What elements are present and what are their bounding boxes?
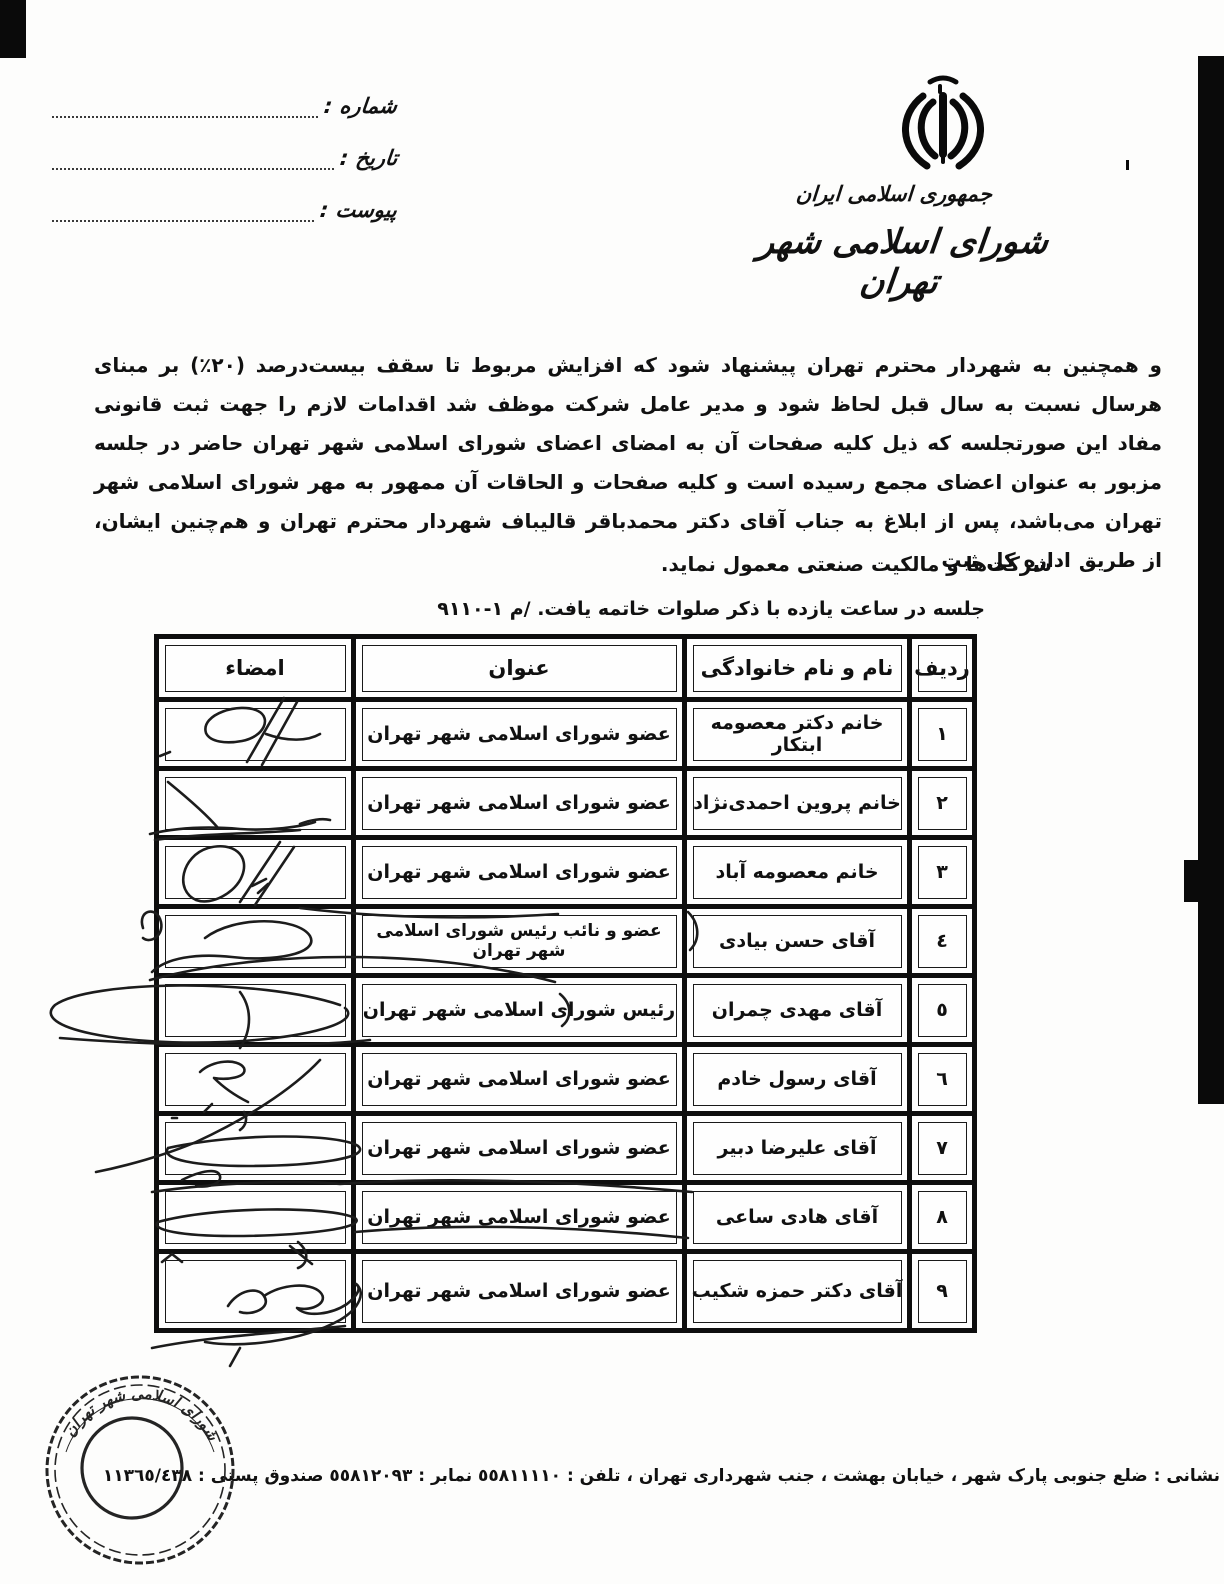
signature-cell — [157, 1183, 354, 1252]
scanned-document-page: جمهوری اسلامی ایران شورای اسلامی شهر تهر… — [0, 0, 1224, 1584]
member-name: آقای هادی ساعی — [685, 1183, 910, 1252]
member-title: عضو شورای اسلامی شهر تهران — [354, 769, 685, 838]
header-row-number: ردیف — [910, 637, 975, 700]
header-title: عنوان — [354, 637, 685, 700]
row-number: ٧ — [910, 1114, 975, 1183]
member-name: خانم معصومه آباد — [685, 838, 910, 907]
meta-row-date: تاریخ : — [52, 144, 397, 170]
body-paragraph: و همچنین به شهردار محترم تهران پیشنهاد ش… — [94, 346, 1162, 580]
row-number: ٥ — [910, 976, 975, 1045]
signature-cell — [157, 976, 354, 1045]
body-paragraph-last-line: شرکت‌ها و مالکیت صنعتی معمول نماید. — [94, 552, 1052, 576]
signature-cell — [157, 769, 354, 838]
member-name: خانم دکتر معصومه ابتکار — [685, 700, 910, 769]
member-title: عضو شورای اسلامی شهر تهران — [354, 1183, 685, 1252]
table-row: ٥ آقای مهدی چمران رئیس شورای اسلامی شهر … — [157, 976, 975, 1045]
closing-line: جلسه در ساعت یازده با ذکر صلوات خاتمه یا… — [437, 598, 985, 620]
member-name: آقای دکتر حمزه شکیب — [685, 1252, 910, 1331]
number-label: شماره : — [317, 94, 399, 118]
member-name: آقای علیرضا دبیر — [685, 1114, 910, 1183]
table-header-row: ردیف نام و نام خانوادگی عنوان امضاء — [157, 637, 975, 700]
row-number: ٢ — [910, 769, 975, 838]
signature-cell — [157, 838, 354, 907]
member-name: خانم پروین احمدی‌نژاد — [685, 769, 910, 838]
table-row: ٩ آقای دکتر حمزه شکیب عضو شورای اسلامی ش… — [157, 1252, 975, 1331]
row-number: ٦ — [910, 1045, 975, 1114]
member-title: عضو و نائب رئیس شورای اسلامی شهر تهران — [354, 907, 685, 976]
footer-address: نشانی : ضلع جنوبی پارک شهر ، خیابان بهشت… — [2, 1466, 1220, 1486]
member-title: عضو شورای اسلامی شهر تهران — [354, 700, 685, 769]
scan-artifact-speck — [1126, 160, 1129, 170]
header-name: نام و نام خانوادگی — [685, 637, 910, 700]
signature-cell — [157, 700, 354, 769]
table-row: ٦ آقای رسول خادم عضو شورای اسلامی شهر ته… — [157, 1045, 975, 1114]
row-number: ٤ — [910, 907, 975, 976]
header-signature: امضاء — [157, 637, 354, 700]
signature-cell — [157, 907, 354, 976]
stamp-text: شورای اسلامی شهر تهران — [61, 1384, 223, 1444]
signature-cell — [157, 1252, 354, 1331]
scan-artifact-right-bar — [1198, 56, 1224, 1104]
date-dotted-line — [52, 144, 334, 170]
signature-cell — [157, 1045, 354, 1114]
row-number: ٩ — [910, 1252, 975, 1331]
date-label: تاریخ : — [332, 146, 398, 170]
member-name: آقای رسول خادم — [685, 1045, 910, 1114]
row-number: ٣ — [910, 838, 975, 907]
table-row: ٢ خانم پروین احمدی‌نژاد عضو شورای اسلامی… — [157, 769, 975, 838]
table-row: ٨ آقای هادی ساعی عضو شورای اسلامی شهر ته… — [157, 1183, 975, 1252]
members-table: ردیف نام و نام خانوادگی عنوان امضاء ١ خا… — [154, 634, 977, 1333]
table-row: ٣ خانم معصومه آباد عضو شورای اسلامی شهر … — [157, 838, 975, 907]
table-row: ١ خانم دکتر معصومه ابتکار عضو شورای اسلا… — [157, 700, 975, 769]
org-name-line1: جمهوری اسلامی ایران — [763, 182, 1025, 206]
member-name: آقای مهدی چمران — [685, 976, 910, 1045]
row-number: ٨ — [910, 1183, 975, 1252]
signature-cell — [157, 1114, 354, 1183]
iran-emblem-icon — [893, 70, 993, 182]
table-row: ٤ آقای حسن بیادی عضو و نائب رئیس شورای ا… — [157, 907, 975, 976]
member-title: عضو شورای اسلامی شهر تهران — [354, 1252, 685, 1331]
attachment-label: پیوست : — [313, 198, 398, 222]
scan-artifact-corner — [0, 0, 26, 58]
member-title: عضو شورای اسلامی شهر تهران — [354, 1045, 685, 1114]
org-name-line2: شورای اسلامی شهر تهران — [732, 222, 1070, 302]
member-name: آقای حسن بیادی — [685, 907, 910, 976]
scan-artifact-blob — [1184, 860, 1224, 902]
row-number: ١ — [910, 700, 975, 769]
member-title: رئیس شورای اسلامی شهر تهران — [354, 976, 685, 1045]
member-title: عضو شورای اسلامی شهر تهران — [354, 1114, 685, 1183]
member-title: عضو شورای اسلامی شهر تهران — [354, 838, 685, 907]
attachment-dotted-line — [52, 196, 314, 222]
meta-row-number: شماره : — [52, 92, 397, 118]
table-row: ٧ آقای علیرضا دبیر عضو شورای اسلامی شهر … — [157, 1114, 975, 1183]
meta-row-attachment: پیوست : — [52, 196, 397, 222]
number-dotted-line — [52, 92, 318, 118]
meta-fields: شماره : تاریخ : پیوست : — [52, 92, 397, 248]
